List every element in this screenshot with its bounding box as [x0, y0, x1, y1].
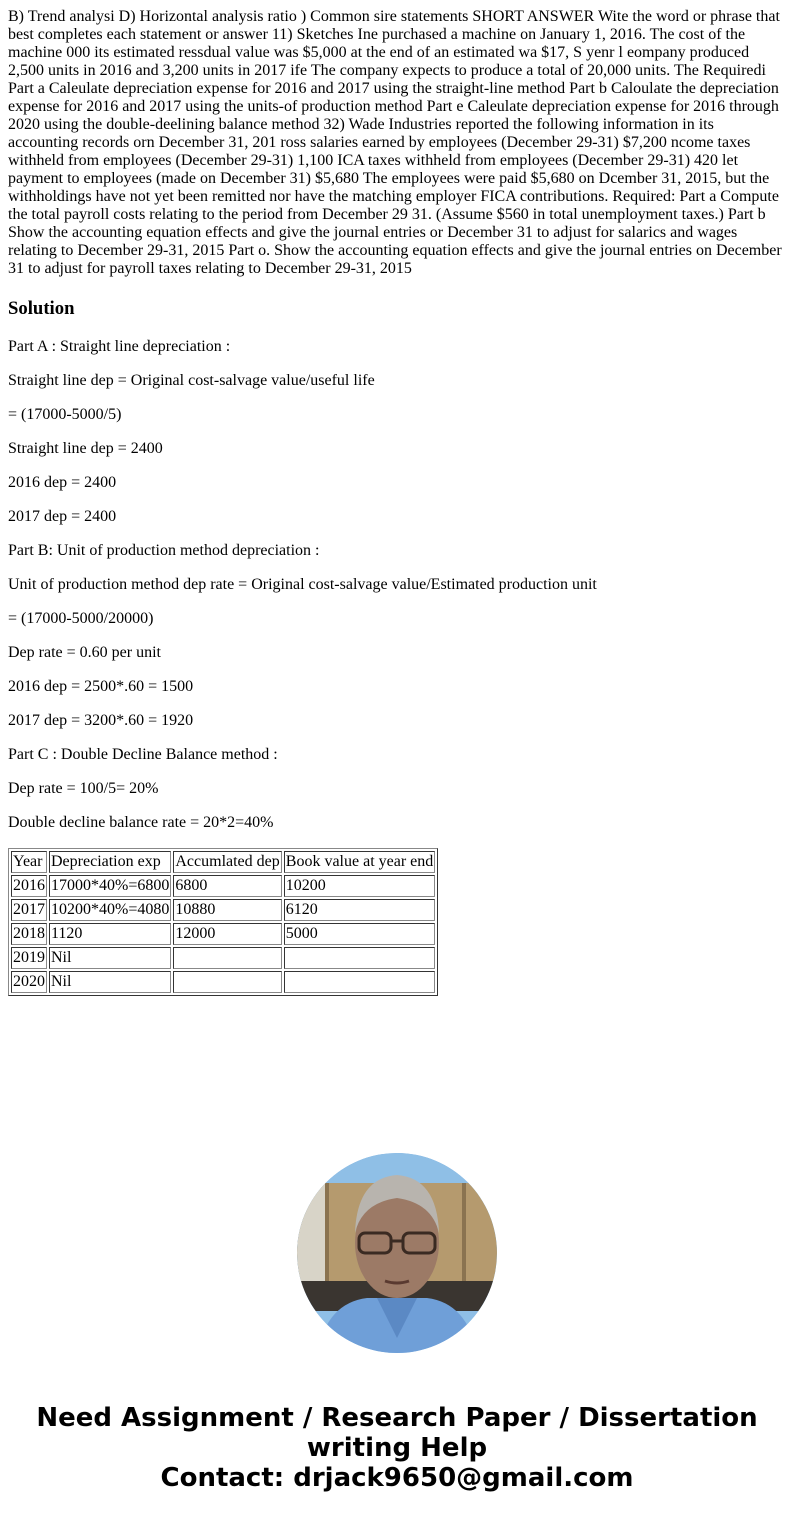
header-book-value: Book value at year end	[284, 851, 436, 873]
cell-accumulated-dep: 6800	[173, 875, 281, 897]
solution-step: Part A : Straight line depreciation :	[8, 338, 786, 356]
solution-step: = (17000-5000/20000)	[8, 610, 786, 628]
solution-step: Part C : Double Decline Balance method :	[8, 746, 786, 764]
promo-line-1: Need Assignment / Research Paper / Disse…	[0, 1403, 794, 1433]
cell-depreciation-exp: 10200*40%=4080	[49, 899, 171, 921]
cell-year: 2019	[11, 947, 47, 969]
solution-step: Straight line dep = 2400	[8, 440, 786, 458]
cell-depreciation-exp: Nil	[49, 971, 171, 993]
cell-year: 2018	[11, 923, 47, 945]
table-row: 2019 Nil	[11, 947, 435, 969]
depreciation-table: Year Depreciation exp Accumlated dep Boo…	[8, 848, 438, 996]
cell-book-value: 5000	[284, 923, 436, 945]
table-row: 2017 10200*40%=4080 10880 6120	[11, 899, 435, 921]
avatar	[297, 1153, 497, 1353]
solution-step: 2016 dep = 2400	[8, 474, 786, 492]
question-text: B) Trend analysi D) Horizontal analysis …	[8, 8, 786, 278]
cell-depreciation-exp: 17000*40%=6800	[49, 875, 171, 897]
solution-step: Part B: Unit of production method deprec…	[8, 542, 786, 560]
cell-accumulated-dep	[173, 971, 281, 993]
header-year: Year	[11, 851, 47, 873]
solution-step: 2017 dep = 2400	[8, 508, 786, 526]
cell-depreciation-exp: 1120	[49, 923, 171, 945]
solution-title: Solution	[8, 298, 786, 320]
solution-step: Double decline balance rate = 20*2=40%	[8, 814, 786, 832]
page-content: B) Trend analysi D) Horizontal analysis …	[8, 8, 786, 996]
promo-banner: Need Assignment / Research Paper / Disse…	[0, 1403, 794, 1493]
promo-line-2: writing Help	[0, 1433, 794, 1463]
solution-step: Dep rate = 0.60 per unit	[8, 644, 786, 662]
table-row: 2020 Nil	[11, 971, 435, 993]
solution-step: Unit of production method dep rate = Ori…	[8, 576, 786, 594]
solution-step: 2016 dep = 2500*.60 = 1500	[8, 678, 786, 696]
promo-contact: Contact: drjack9650@gmail.com	[0, 1463, 794, 1493]
table-header-row: Year Depreciation exp Accumlated dep Boo…	[11, 851, 435, 873]
solution-step: = (17000-5000/5)	[8, 406, 786, 424]
cell-depreciation-exp: Nil	[49, 947, 171, 969]
cell-book-value: 6120	[284, 899, 436, 921]
table-row: 2016 17000*40%=6800 6800 10200	[11, 875, 435, 897]
cell-year: 2017	[11, 899, 47, 921]
person-portrait-icon	[297, 1153, 497, 1353]
cell-accumulated-dep: 10880	[173, 899, 281, 921]
cell-year: 2020	[11, 971, 47, 993]
cell-accumulated-dep	[173, 947, 281, 969]
cell-book-value	[284, 971, 436, 993]
cell-year: 2016	[11, 875, 47, 897]
table-row: 2018 1120 12000 5000	[11, 923, 435, 945]
header-accumulated-dep: Accumlated dep	[173, 851, 281, 873]
header-depreciation-exp: Depreciation exp	[49, 851, 171, 873]
solution-step: 2017 dep = 3200*.60 = 1920	[8, 712, 786, 730]
solution-steps: Part A : Straight line depreciation : St…	[8, 338, 786, 832]
cell-book-value	[284, 947, 436, 969]
cell-book-value: 10200	[284, 875, 436, 897]
solution-step: Dep rate = 100/5= 20%	[8, 780, 786, 798]
cell-accumulated-dep: 12000	[173, 923, 281, 945]
solution-step: Straight line dep = Original cost-salvag…	[8, 372, 786, 390]
